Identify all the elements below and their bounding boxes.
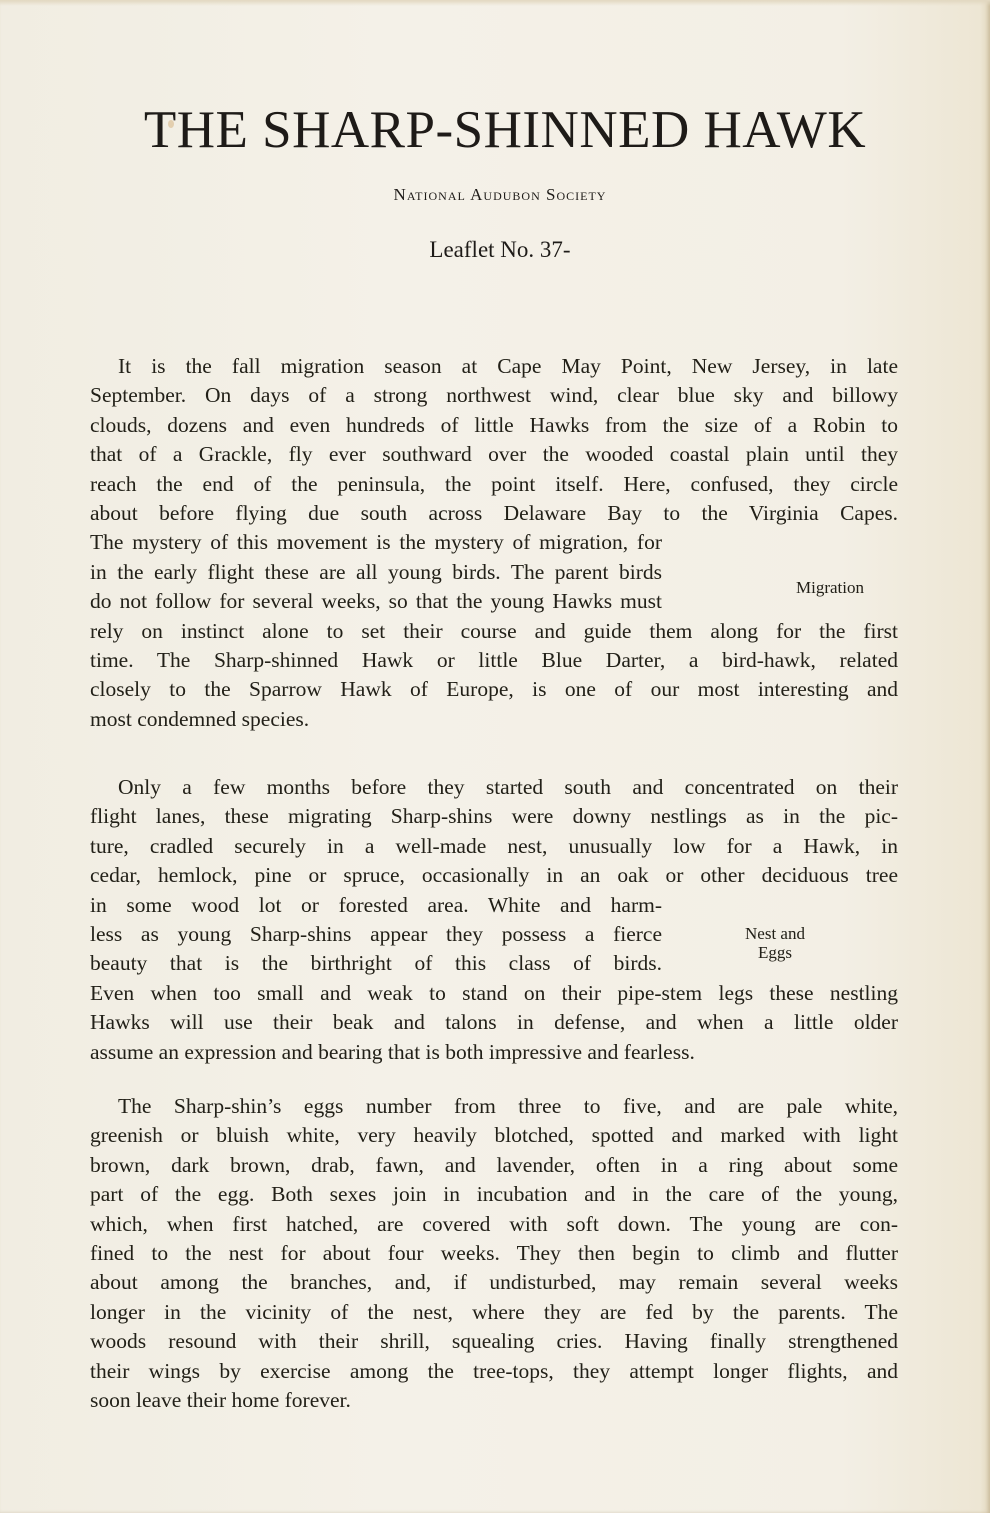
text-line: closely to the Sparrow Hawk of Europe, i… <box>90 675 898 704</box>
text-line: clouds, dozens and even hundreds of litt… <box>90 411 898 440</box>
text-line: woods resound with their shrill, squeali… <box>90 1327 898 1356</box>
paragraph-migration: It is the fall migration season at Cape … <box>90 352 898 734</box>
text-line: in the early flight these are all young … <box>90 558 662 587</box>
text-line: their wings by exercise among the tree-t… <box>90 1357 898 1386</box>
text-line: do not follow for several weeks, so that… <box>90 587 662 616</box>
text-line: assume an expression and bearing that is… <box>90 1038 898 1067</box>
margin-note-line: Eggs <box>725 943 825 962</box>
text-line: that of a Grackle, fly ever southward ov… <box>90 440 898 469</box>
text-line: soon leave their home forever. <box>90 1386 898 1415</box>
text-line: cedar, hemlock, pine or spruce, occasion… <box>90 861 898 890</box>
text-line: time. The Sharp-shinned Hawk or little B… <box>90 646 898 675</box>
margin-note-nest-and-eggs: Nest and Eggs <box>725 924 825 962</box>
text-line: about among the branches, and, if undist… <box>90 1268 898 1297</box>
text-line: in some wood lot or forested area. White… <box>90 891 662 920</box>
margin-note-migration: Migration <box>780 578 880 597</box>
text-line: fined to the nest for about four weeks. … <box>90 1239 898 1268</box>
text-line: about before flying due south across Del… <box>90 499 898 528</box>
text-line: reach the end of the peninsula, the poin… <box>90 470 898 499</box>
leaflet-number: Leaflet No. 37- <box>0 237 1000 263</box>
page-edge <box>0 0 990 6</box>
page-title: THE SHARP-SHINNED HAWK <box>90 100 920 160</box>
text-line: September. On days of a strong northwest… <box>90 381 898 410</box>
text-line: Only a few months before they started so… <box>90 773 898 802</box>
text-line: which, when first hatched, are covered w… <box>90 1210 898 1239</box>
publisher: National Audubon Society <box>0 185 1000 205</box>
text-line: Hawks will use their beak and talons in … <box>90 1008 898 1037</box>
text-line: flight lanes, these migrating Sharp-shin… <box>90 802 898 831</box>
text-line: The mystery of this movement is the myst… <box>90 528 662 557</box>
text-line: Even when too small and weak to stand on… <box>90 979 898 1008</box>
paragraph-eggs: The Sharp-shin’s eggs number from three … <box>90 1092 898 1415</box>
margin-note-line: Nest and <box>725 924 825 943</box>
text-line: It is the fall migration season at Cape … <box>90 352 898 381</box>
text-line: The Sharp-shin’s eggs number from three … <box>90 1092 898 1121</box>
text-line: longer in the vicinity of the nest, wher… <box>90 1298 898 1327</box>
text-line: rely on instinct alone to set their cour… <box>90 617 898 646</box>
paragraph-nest: Only a few months before they started so… <box>90 773 898 1067</box>
text-line: less as young Sharp-shins appear they po… <box>90 920 662 949</box>
leaflet-page: THE SHARP-SHINNED HAWK National Audubon … <box>0 0 990 1513</box>
text-line: most condemned species. <box>90 705 898 734</box>
text-line: beauty that is the birthright of this cl… <box>90 949 662 978</box>
text-line: brown, dark brown, drab, fawn, and laven… <box>90 1151 898 1180</box>
text-line: ture, cradled securely in a well-made ne… <box>90 832 898 861</box>
text-line: greenish or bluish white, very heavily b… <box>90 1121 898 1150</box>
text-line: part of the egg. Both sexes join in incu… <box>90 1180 898 1209</box>
